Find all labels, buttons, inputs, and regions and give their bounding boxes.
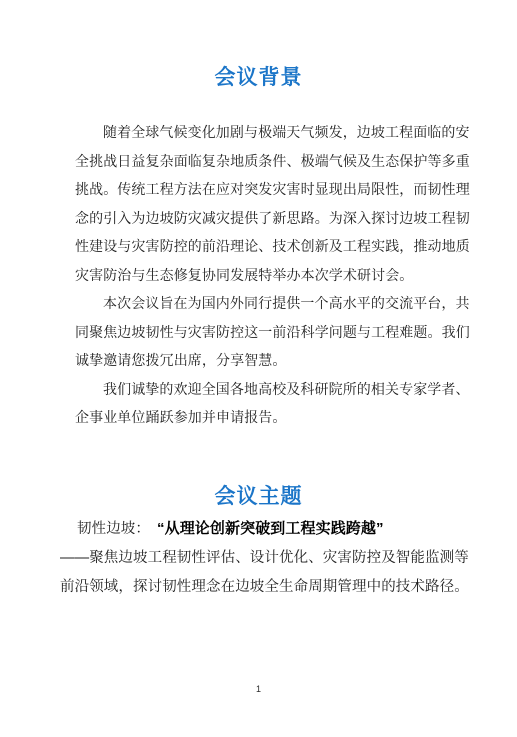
text-line: 灾害防治与生态修复协同发展特举办本次学术研讨会。 xyxy=(75,261,459,290)
text-line: 性建设与灾害防控的前沿理论、技术创新及工程实践，推动地质 xyxy=(75,232,459,261)
theme-description-line: 前沿领域，探讨韧性理念在边坡全生命周期管理中的技术路径。 xyxy=(60,573,473,602)
text-line: 我们诚挚的欢迎全国各地高校及科研院所的相关专家学者、 xyxy=(75,375,459,404)
text-line: 挑战。传统工程方法在应对突发灾害时显现出局限性，而韧性理 xyxy=(75,175,459,204)
theme-text: 韧性边坡：“从理论创新突破到工程实践跨越” ——聚焦边坡工程韧性评估、设计优化、… xyxy=(60,514,473,602)
paragraph-3: 我们诚挚的欢迎全国各地高校及科研院所的相关专家学者、 企事业单位踊跃参加并申请报… xyxy=(75,375,459,432)
text-line: 随着全球气候变化加剧与极端天气频发，边坡工程面临的安 xyxy=(75,118,459,147)
document-page: 会议背景 随着全球气候变化加剧与极端天气频发，边坡工程面临的安 全挑战日益复杂面… xyxy=(0,0,517,737)
text-line: 同聚焦边坡韧性与灾害防控这一前沿科学问题与工程难题。我们 xyxy=(75,318,459,347)
section-title-background: 会议背景 xyxy=(0,67,517,89)
section-title-theme: 会议主题 xyxy=(0,486,517,508)
text-line: 企事业单位踊跃参加并申请报告。 xyxy=(75,403,459,432)
text-line: 本次会议旨在为国内外同行提供一个高水平的交流平台，共 xyxy=(75,289,459,318)
paragraph-1: 随着全球气候变化加剧与极端天气频发，边坡工程面临的安 全挑战日益复杂面临复杂地质… xyxy=(75,118,459,289)
text-line: 诚挚邀请您拨冗出席，分享智慧。 xyxy=(75,346,459,375)
theme-label: 韧性边坡： xyxy=(77,521,150,537)
page-number: 1 xyxy=(0,683,517,696)
background-text: 随着全球气候变化加剧与极端天气频发，边坡工程面临的安 全挑战日益复杂面临复杂地质… xyxy=(75,118,459,432)
theme-slogan: “从理论创新突破到工程实践跨越” xyxy=(157,520,384,537)
theme-label-line: 韧性边坡：“从理论创新突破到工程实践跨越” xyxy=(60,514,473,544)
text-line: 念的引入为边坡防灾减灾提供了新思路。为深入探讨边坡工程韧 xyxy=(75,204,459,233)
text-line: 全挑战日益复杂面临复杂地质条件、极端气候及生态保护等多重 xyxy=(75,147,459,176)
theme-description-line: ——聚焦边坡工程韧性评估、设计优化、灾害防控及智能监测等 xyxy=(60,544,473,573)
paragraph-2: 本次会议旨在为国内外同行提供一个高水平的交流平台，共 同聚焦边坡韧性与灾害防控这… xyxy=(75,289,459,375)
